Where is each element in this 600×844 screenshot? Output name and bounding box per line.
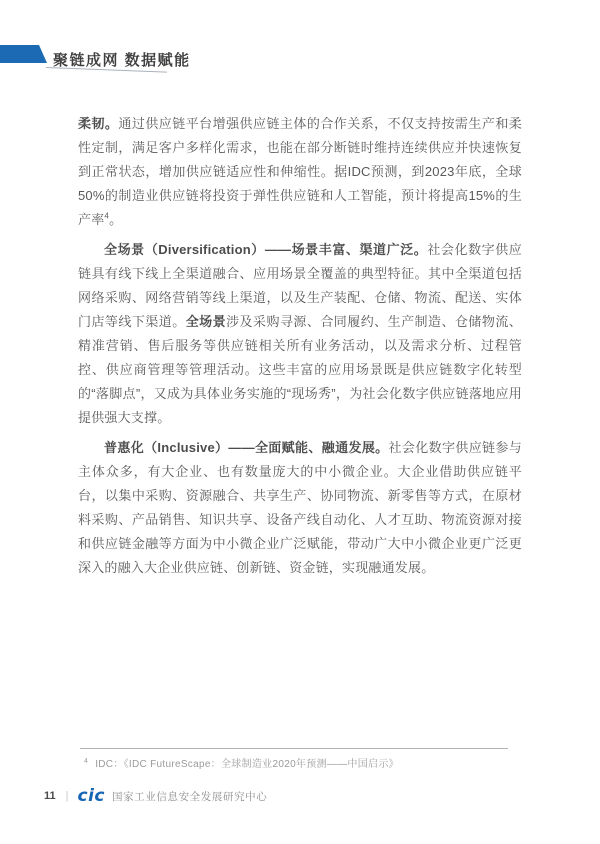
footer-separator: | (66, 790, 69, 802)
paragraph-text-tail: 。 (109, 212, 122, 227)
footnote-text: IDC：《IDC FutureScape：全球制造业2020年预测——中国启示》 (95, 759, 399, 770)
paragraph-text: 社会化数字供应链参与主体众多，有大企业、也有数量庞大的中小微企业。大企业借助供应… (78, 440, 522, 575)
running-header-title: 聚链成网 数据赋能 (53, 49, 191, 70)
paragraph-resilience: 柔韧。通过供应链平台增强供应链主体的合作关系，不仅支持按需生产和柔性定制，满足客… (78, 112, 522, 232)
footnote-divider-line (80, 748, 508, 749)
page-number: 11 (44, 790, 56, 802)
footnote: 4IDC：《IDC FutureScape：全球制造业2020年预测——中国启示… (84, 755, 399, 770)
paragraph-inclusive: 普惠化（Inclusive）——全面赋能、融通发展。社会化数字供应链参与主体众多… (78, 436, 522, 580)
page-footer: 11 | cic 国家工业信息安全发展研究中心 (44, 786, 267, 806)
paragraph-text: 通过供应链平台增强供应链主体的合作关系，不仅支持按需生产和柔性定制，满足客户多样… (78, 116, 522, 227)
paragraph-diversification: 全场景（Diversification）——场景丰富、渠道广泛。社会化数字供应链… (78, 238, 522, 430)
body-text-column: 柔韧。通过供应链平台增强供应链主体的合作关系，不仅支持按需生产和柔性定制，满足客… (78, 112, 522, 580)
organization-name: 国家工业信息安全发展研究中心 (112, 789, 267, 804)
paragraph-lead: 普惠化（Inclusive）——全面赋能、融通发展。 (104, 440, 389, 455)
paragraph-lead: 柔韧。 (78, 116, 118, 131)
paragraph-lead: 全场景（Diversification）——场景丰富、渠道广泛。 (104, 242, 427, 257)
header-accent-band (0, 45, 47, 63)
footnote-marker: 4 (84, 758, 88, 765)
paragraph-bold-term: 全场景 (186, 314, 226, 329)
paragraph-text-continued: 涉及采购寻源、合同履约、生产制造、仓储物流、精准营销、售后服务等供应链相关所有业… (78, 314, 522, 425)
cic-logo: cic (78, 788, 105, 805)
